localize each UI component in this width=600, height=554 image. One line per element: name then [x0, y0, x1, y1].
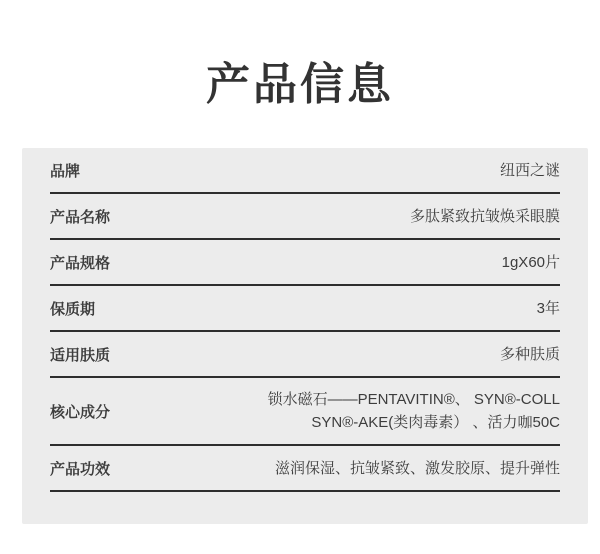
effects-label: 产品功效 [50, 458, 126, 479]
brand-value: 纽西之谜 [500, 159, 560, 182]
ingredients-label: 核心成分 [50, 401, 126, 422]
table-row-skin-type: 适用肤质 多种肤质 [50, 332, 560, 378]
shelf-life-label: 保质期 [50, 298, 111, 319]
spec-label: 产品规格 [50, 252, 126, 273]
product-name-value: 多肽紧致抗皱焕采眼膜 [410, 205, 560, 228]
effects-value: 滋润保湿、抗皱紧致、激发胶原、提升弹性 [275, 457, 560, 480]
shelf-life-value: 3年 [537, 297, 560, 320]
ingredients-value: 锁水磁石——PENTAVITIN®、 SYN®-COLL SYN®-AKE(类肉… [268, 378, 560, 444]
page-title: 产品信息 [0, 60, 600, 111]
product-info-card: 品牌 纽西之谜 产品名称 多肽紧致抗皱焕采眼膜 产品规格 1gX60片 保质期 … [22, 148, 588, 524]
table-row-brand: 品牌 纽西之谜 [50, 148, 560, 194]
spec-value: 1gX60片 [502, 251, 560, 274]
skin-type-label: 适用肤质 [50, 344, 126, 365]
brand-label: 品牌 [50, 160, 96, 181]
table-row-product-name: 产品名称 多肽紧致抗皱焕采眼膜 [50, 194, 560, 240]
table-row-shelf-life: 保质期 3年 [50, 286, 560, 332]
skin-type-value: 多种肤质 [500, 343, 560, 366]
table-row-spec: 产品规格 1gX60片 [50, 240, 560, 286]
table-row-ingredients: 核心成分 锁水磁石——PENTAVITIN®、 SYN®-COLL SYN®-A… [50, 378, 560, 446]
table-row-effects: 产品功效 滋润保湿、抗皱紧致、激发胶原、提升弹性 [50, 446, 560, 492]
product-name-label: 产品名称 [50, 206, 126, 227]
